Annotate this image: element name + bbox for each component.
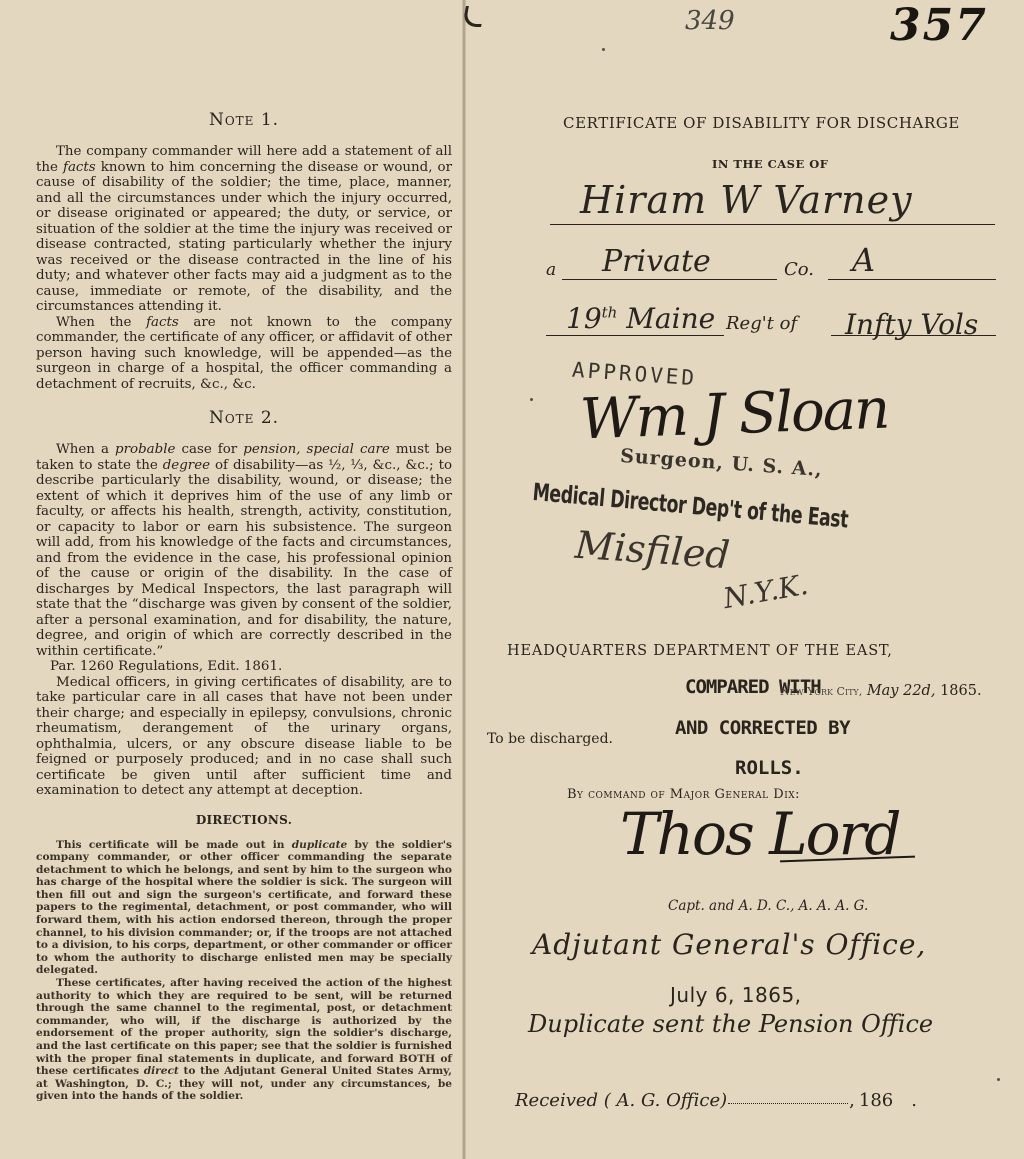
paper-speck — [602, 48, 605, 51]
duplicate-note: Duplicate sent the Pension Office — [528, 1010, 933, 1038]
regiment-label: Reg't of — [726, 313, 797, 334]
headquarters-heading: HEADQUARTERS DEPARTMENT OF THE EAST, — [507, 643, 893, 659]
approver-title-stamp: Surgeon, U. S. A., — [619, 445, 823, 481]
regulation-citation: Par. 1260 Regulations, Edit. 1861. — [36, 659, 452, 675]
soldier-name: Hiram W Varney — [580, 178, 913, 222]
discharge-order: To be discharged. — [487, 731, 613, 747]
rank-field: Private — [562, 249, 777, 280]
location-date: May 22d, — [867, 683, 936, 699]
misfiled-note: Misfiled — [574, 523, 732, 578]
location-date-line: New York City, May 22d, 1865. — [780, 683, 982, 699]
company-value: A — [852, 241, 875, 279]
regiment-value: 19th Maine — [566, 302, 715, 335]
document-page: Note 1. The company commander will here … — [0, 0, 1024, 1159]
officer-title: Capt. and A. D. C., A. A. A. G. — [668, 898, 868, 914]
note-1-paragraph-1: The company commander will here add a st… — [36, 144, 452, 315]
company-label: Co. — [784, 259, 814, 280]
received-label: Received ( A. G. Office) — [515, 1090, 727, 1111]
regiment-field: 19th Maine — [546, 301, 724, 336]
location-city: New York City, — [780, 685, 862, 698]
note-2-paragraph-2: Medical officers, in giving certificates… — [36, 675, 452, 799]
rank-value: Private — [602, 244, 711, 279]
misfiled-initials: N.Y.K. — [721, 568, 811, 615]
page-fold-line — [462, 0, 466, 1159]
note-1-paragraph-2: When the facts are not known to the comp… — [36, 315, 452, 393]
rank-company-row: a Private Co. A — [546, 248, 996, 284]
received-date-blank — [728, 1103, 848, 1104]
adjutant-general-office-stamp: Adjutant General's Office, — [532, 928, 926, 961]
approver-signature: Wm J Sloan — [579, 377, 889, 453]
adjutant-general-date: July 6, 1865, — [670, 983, 802, 1007]
note-2-heading: Note 2. — [36, 408, 452, 428]
certificate-title: CERTIFICATE OF DISABILITY FOR DISCHARGE — [563, 114, 960, 132]
paper-speck — [530, 398, 533, 401]
instructions-column: Note 1. The company commander will here … — [36, 108, 452, 1103]
received-year: 186 — [859, 1090, 893, 1111]
regiment-type-value: Infty Vols — [845, 308, 978, 341]
directions-heading: DIRECTIONS. — [36, 813, 452, 827]
regiment-type-field: Infty Vols — [831, 301, 996, 336]
note-1-heading: Note 1. — [36, 110, 452, 130]
corrected-stamp: AND CORRECTED BY — [675, 717, 850, 739]
location-year: 1865. — [940, 683, 982, 699]
certificate-subtitle: IN THE CASE OF — [712, 157, 828, 171]
company-field: A — [828, 249, 996, 280]
certificate-column: 349 357 CERTIFICATE OF DISABILITY FOR DI… — [480, 0, 1020, 1159]
soldier-name-field: Hiram W Varney — [550, 186, 995, 225]
directions-paragraph-1: This certificate will be made out in dup… — [36, 839, 452, 978]
paper-speck — [997, 1078, 1000, 1081]
rolls-stamp: ROLLS. — [735, 757, 804, 779]
handwritten-file-number: 349 — [685, 6, 735, 36]
note-2-paragraph-1: When a probable case for pension, specia… — [36, 442, 452, 659]
received-line: Received ( A. G. Office),186. — [515, 1090, 917, 1111]
directions-paragraph-2: These certificates, after having receive… — [36, 977, 452, 1103]
rank-prefix-label: a — [546, 260, 556, 280]
stamped-file-number: 357 — [890, 0, 988, 51]
regiment-row: 19th Maine Reg't of Infty Vols — [546, 300, 996, 340]
